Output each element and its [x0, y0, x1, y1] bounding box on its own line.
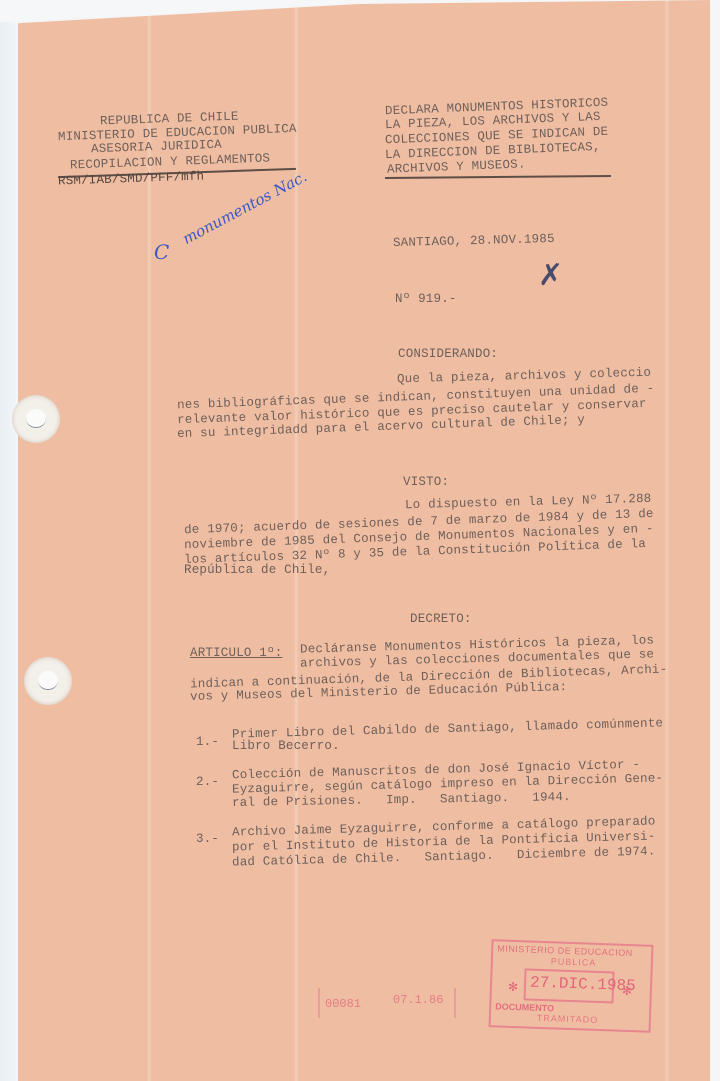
stamp-status-2: TRAMITADO [537, 1013, 599, 1025]
body-line: República de Chile, [184, 563, 330, 578]
stamp-date: 27.DIC.1985 [530, 974, 636, 996]
stamp-star-icon: ✻ [622, 984, 633, 998]
stamp-subtitle: PUBLICA [551, 956, 597, 968]
handwritten-check-icon: ✗ [538, 258, 563, 293]
stamp-number: 00081 [325, 997, 361, 1011]
section-heading: VISTO: [403, 475, 449, 490]
ministry-stamp-right: MINISTERIO DE EDUCACION PUBLICA ✻ 27.DIC… [488, 939, 653, 1035]
article-label: ARTICULO 1º: [190, 646, 282, 661]
punch-hole-icon [24, 657, 72, 705]
decree-number: Nº 919.- [395, 292, 457, 307]
handwritten-mark: C [154, 240, 169, 264]
section-heading: DECRETO: [410, 612, 472, 627]
punch-hole-icon [12, 395, 60, 443]
stamp-status: DOCUMENTO [495, 1001, 554, 1013]
scan-margin-right [710, 0, 720, 1081]
stamp-date: 07.1.86 [393, 993, 443, 1007]
item-number: 1.- [196, 735, 219, 750]
section-heading: CONSIDERANDO: [398, 347, 498, 362]
item-number: 2.- [196, 775, 219, 790]
item-number: 3.- [196, 832, 219, 847]
stamp-star-icon: ✻ [508, 980, 519, 994]
item-line: Libro Becerro. [232, 739, 340, 754]
scan-margin-left [0, 0, 18, 1081]
